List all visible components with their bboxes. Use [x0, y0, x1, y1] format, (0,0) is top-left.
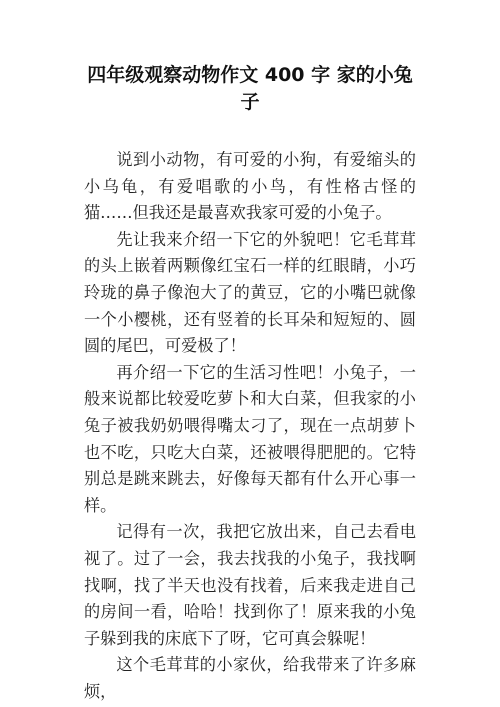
document-title: 四年级观察动物作文 400 字 家的小兔子: [84, 62, 416, 116]
paragraph: 记得有一次，我把它放出来，自己去看电视了。过了一会，我去找我的小兔子，我找啊找啊…: [84, 519, 416, 652]
paragraph: 再介绍一下它的生活习性吧！小兔子，一般来说都比较爱吃萝卜和大白菜，但我家的小兔子…: [84, 360, 416, 520]
document-body: 说到小动物，有可爱的小狗，有爱缩头的小乌龟，有爱唱歌的小鸟，有性格古怪的猫……但…: [84, 147, 416, 705]
paragraph: 说到小动物，有可爱的小狗，有爱缩头的小乌龟，有爱唱歌的小鸟，有性格古怪的猫……但…: [84, 147, 416, 227]
document-page: 四年级观察动物作文 400 字 家的小兔子 说到小动物，有可爱的小狗，有爱缩头的…: [0, 0, 500, 707]
paragraph: 先让我来介绍一下它的外貌吧！它毛茸茸的头上嵌着两颗像红宝石一样的红眼睛，小巧玲珑…: [84, 227, 416, 360]
paragraph: 这个毛茸茸的小家伙，给我带来了许多麻烦，: [84, 652, 416, 705]
